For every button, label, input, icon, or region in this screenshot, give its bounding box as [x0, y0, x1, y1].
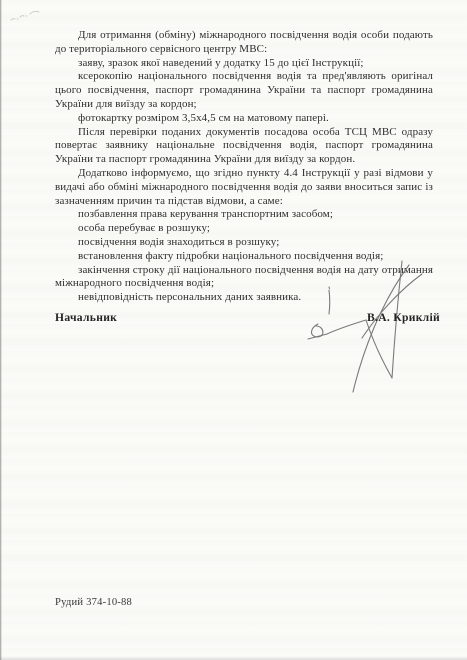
scanned-document-page: Для отримання (обміну) міжнародного посв…: [0, 0, 467, 660]
scan-edge-bottom: [0, 656, 467, 660]
pencil-smudge-mark: [8, 6, 52, 26]
list-paragraph: особа перебуває в розшуку;: [55, 222, 433, 236]
body-paragraph: Після перевірки поданих документів посад…: [55, 126, 433, 167]
body-paragraph: фотокартку розміром 3,5х4,5 см на матово…: [55, 112, 433, 126]
body-paragraph: заяву, зразок якої наведений у додатку 1…: [55, 57, 433, 71]
signer-position-title: Начальник: [55, 311, 117, 324]
scan-edge-left: [0, 0, 2, 660]
signer-name: В.А. Криклій: [367, 311, 440, 324]
list-paragraph: посвідчення водія знаходиться в розшуку;: [55, 236, 433, 250]
footer-reference: Рудий 374-10-88: [55, 597, 132, 608]
body-paragraph: ксерокопію національного посвідчення вод…: [55, 70, 433, 111]
list-paragraph: позбавлення права керування транспортним…: [55, 208, 433, 222]
body-paragraph: Для отримання (обміну) міжнародного посв…: [55, 29, 433, 57]
body-paragraph: Додатково інформуємо, що згідно пункту 4…: [55, 167, 433, 208]
handwritten-signature: [296, 258, 426, 398]
